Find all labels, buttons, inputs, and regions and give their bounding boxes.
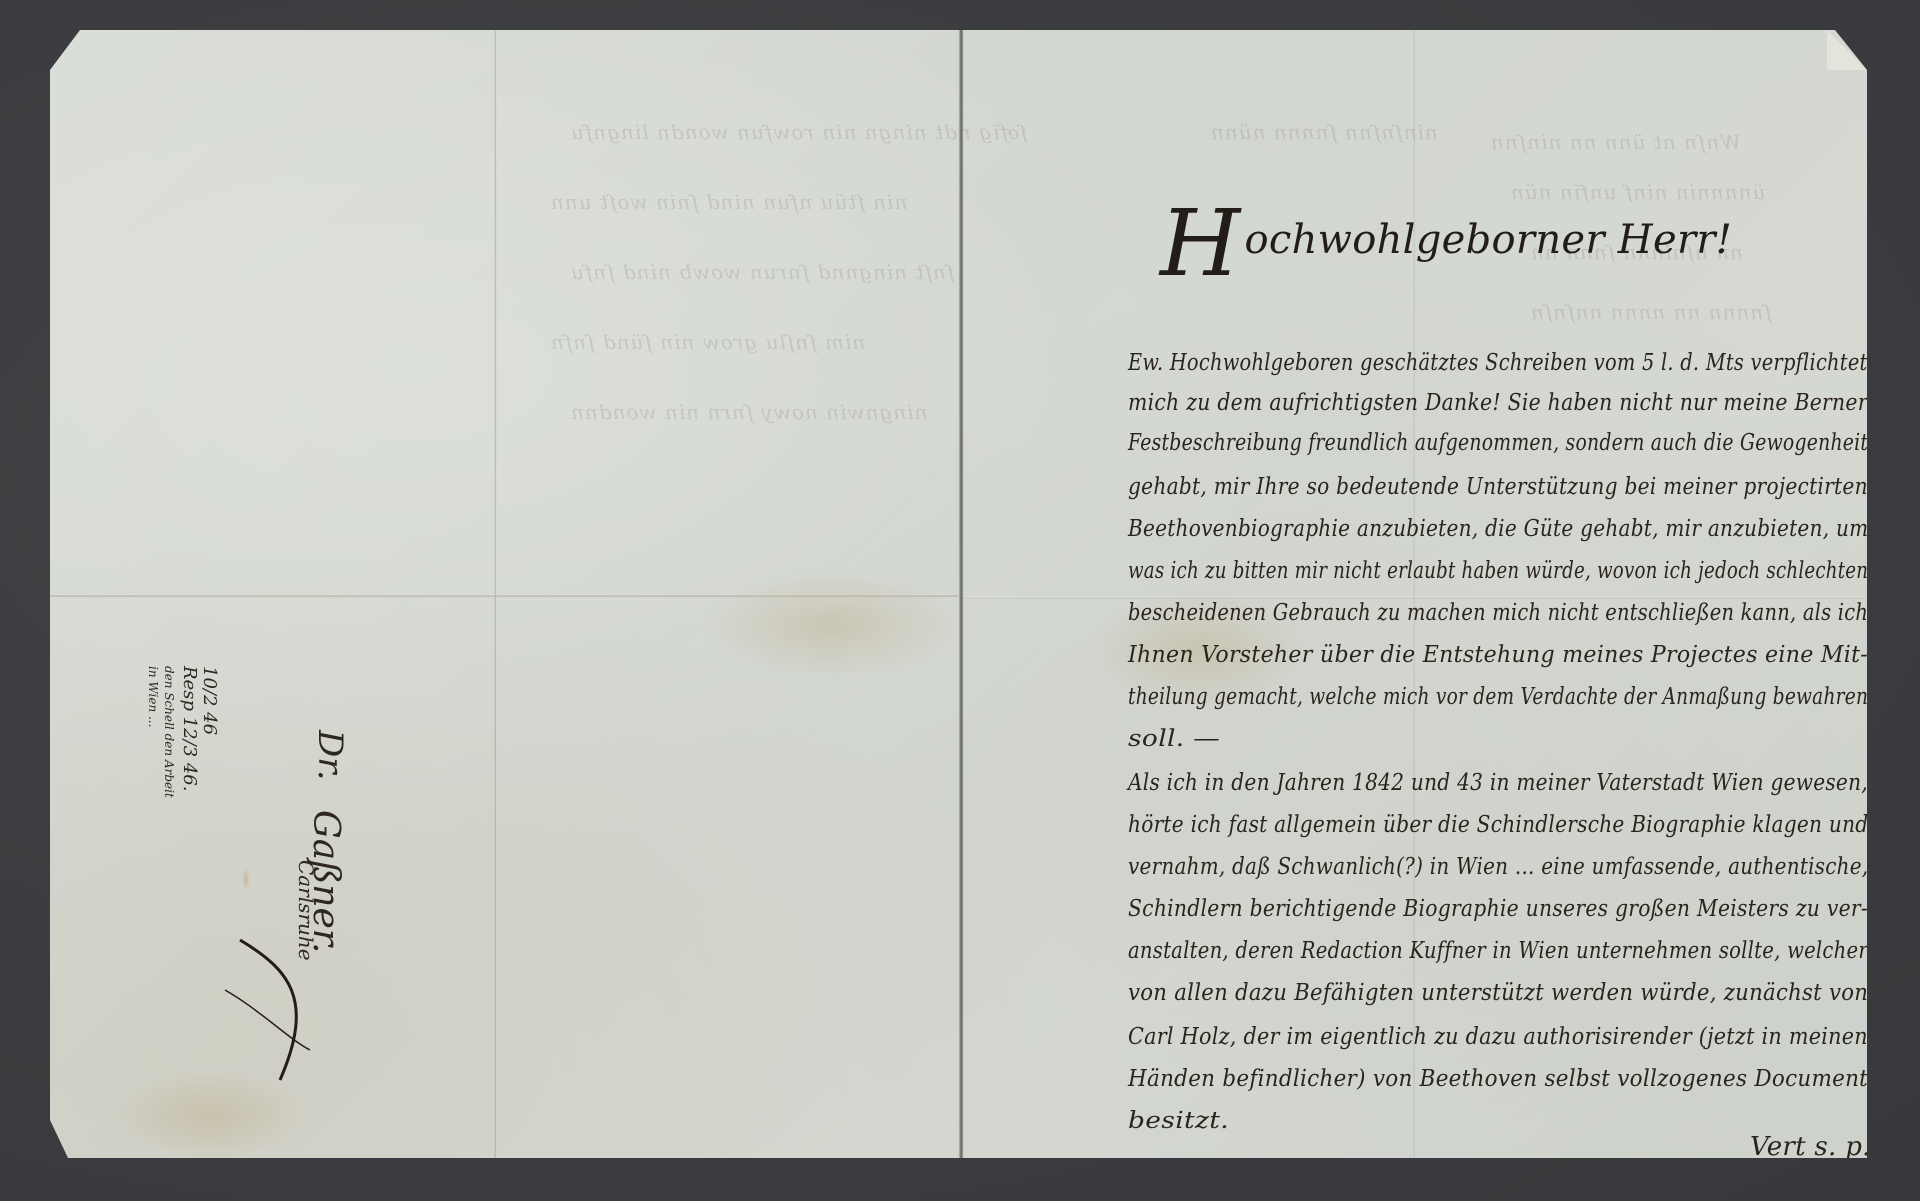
flourish-stroke: [220, 930, 330, 1090]
letter-line: Händen befindlicher) von Beethoven selbs…: [1128, 1066, 1868, 1092]
letter-line: Carl Holz, der im eigentlich zu dazu aut…: [1128, 1024, 1868, 1050]
docket-note-line1: den Schell den Arbeit: [162, 666, 176, 798]
letter-line: mich zu dem aufrichtigsten Danke! Sie ha…: [1128, 390, 1868, 416]
bleed-through-text: Wnſn nt ünn nn ninſnn: [1490, 130, 1741, 154]
letter-line: Festbeschreibung freundlich aufgenommen,…: [1128, 430, 1868, 456]
letter-line: Als ich in den Jahren 1842 und 43 in mei…: [1128, 770, 1868, 796]
page-turn-note: Vert s. p.: [1750, 1132, 1871, 1162]
paper-stain: [700, 570, 960, 680]
scan-background: ſoͤfig ndt ningn nin rowfun wondn lingnf…: [0, 0, 1920, 1201]
letter-line: anstalten, deren Redaction Kuffner in Wi…: [1128, 938, 1868, 964]
bleed-through-text: ningnwin nowy ſnrn nin wondnn: [570, 400, 928, 424]
letter-line: soll. —: [1128, 726, 1220, 752]
letter-line: Ew. Hochwohlgeboren geschätztes Schreibe…: [1128, 350, 1868, 376]
letter-line: gehabt, mir Ihre so bedeutende Unterstüt…: [1128, 474, 1868, 500]
addressee-title: Dr.: [310, 730, 350, 781]
letter-line: besitzt.: [1128, 1108, 1229, 1134]
salutation: Hochwohlgeborner Herr!: [1160, 198, 1732, 290]
docket-reply-note: Resp 12/3 46.: [179, 666, 200, 791]
paper-mark: [242, 868, 250, 890]
docket-date-received: 10/2 46: [199, 666, 220, 735]
center-spine-fold: [958, 30, 964, 1158]
letter-line: bescheidenen Gebrauch zu machen mich nic…: [1128, 600, 1868, 626]
bleed-through-text: nim ſnſlu grow nin ſünd ſnfn: [550, 330, 865, 354]
letter-line: hörte ich fast allgemein über die Schind…: [1128, 812, 1868, 838]
letter-line: von allen dazu Befähigten unterstützt we…: [1128, 980, 1868, 1006]
letter-line: Ihnen Vorsteher über die Entstehung mein…: [1128, 642, 1868, 668]
salutation-initial: H: [1160, 190, 1241, 297]
folded-corner: [1827, 30, 1867, 70]
letter-line: Schindlern berichtigende Biographie unse…: [1128, 896, 1868, 922]
letter-line: was ich zu bitten mir nicht erlaubt habe…: [1128, 558, 1868, 584]
letter-line: theilung gemacht, welche mich vor dem Ve…: [1128, 684, 1868, 710]
bleed-through-text: ſnnnn nn nnnn nnſnſn: [1530, 300, 1772, 324]
bleed-through-text: ſoͤfig ndt ningn nin rowfun wondn lingnf…: [570, 120, 1027, 145]
salutation-text: ochwohlgeborner Herr!: [1245, 217, 1733, 263]
letter-line: Beethovenbiographie anzubieten, die Güte…: [1128, 516, 1868, 542]
bleed-through-text: nin ſtüu nfun nind ſnin woſt unn: [550, 190, 907, 214]
docket-note-line2: in Wien ...: [146, 666, 160, 727]
letter-line: vernahm, daß Schwanlich(?) in Wien ... e…: [1128, 854, 1868, 880]
bleed-through-text: ninſnſnn ſnnnn nünn: [1210, 120, 1438, 144]
bleed-through-text: ſnſt ningnnd ſnrun wowb nind ſnfu: [570, 260, 954, 284]
letter-sheet: ſoͤfig ndt ningn nin rowfun wondn lingnf…: [50, 30, 1867, 1158]
